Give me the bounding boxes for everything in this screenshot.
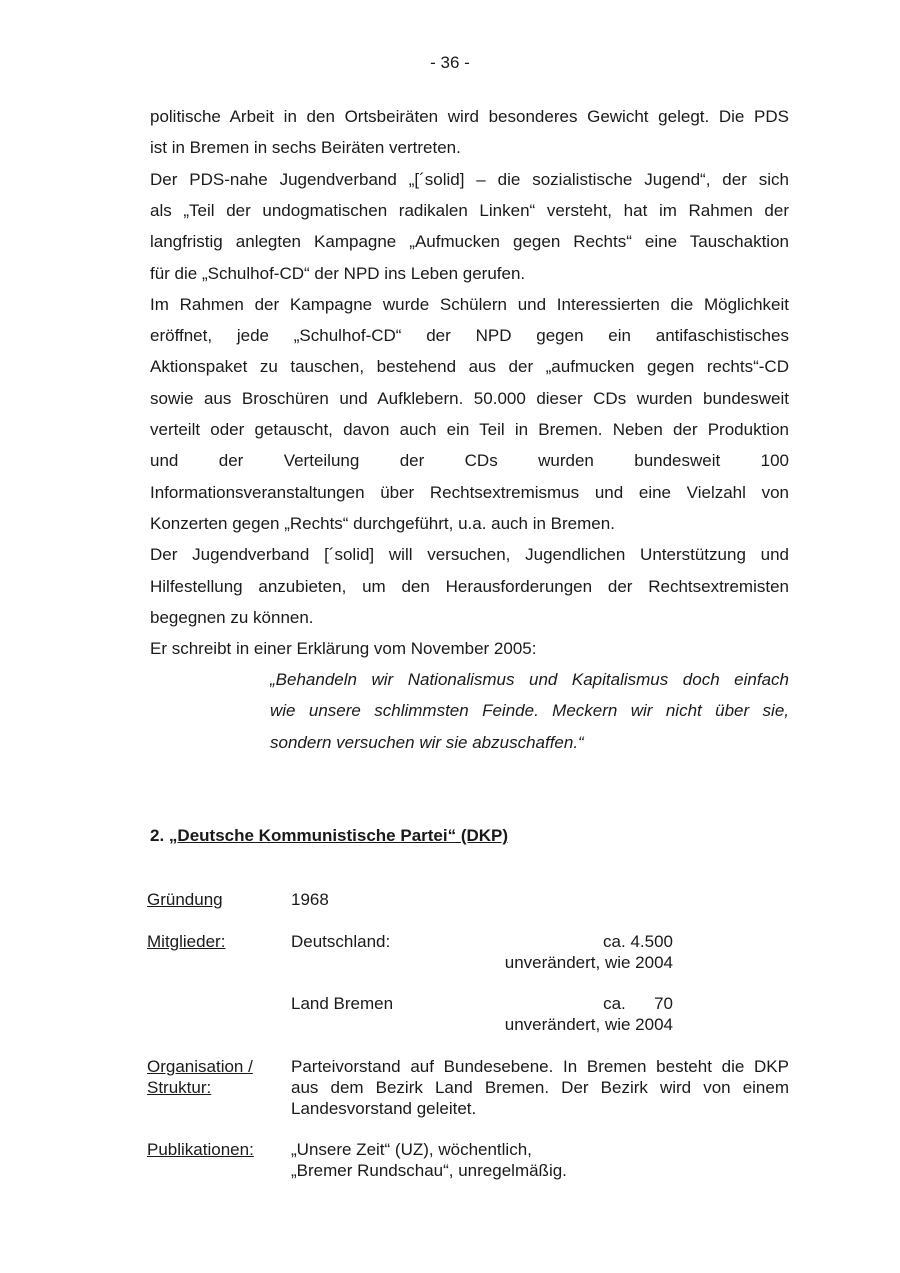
text-line: Konzerten gegen „Rechts“ durchgeführt, u… — [150, 513, 789, 535]
text-line: eröffnet, jede „Schulhof-CD“ der NPD geg… — [150, 325, 789, 347]
text-line: verteilt oder getauscht, davon auch ein … — [150, 419, 789, 441]
text-line: langfristig anlegten Kampagne „Aufmucken… — [150, 231, 789, 253]
quote-line: „Behandeln wir Nationalismus und Kapital… — [270, 669, 789, 691]
section-title: „Deutsche Kommunistische Partei“ (DKP) — [169, 826, 508, 845]
members-region-germany: Deutschland: — [291, 931, 390, 952]
text-line: sowie aus Broschüren und Aufklebern. 50.… — [150, 388, 789, 410]
structure-label: Struktur: — [147, 1077, 211, 1098]
text-line: Er schreibt in einer Erklärung vom Novem… — [150, 638, 789, 660]
text-line: für die „Schulhof-CD“ der NPD ins Leben … — [150, 263, 789, 285]
text-line: als „Teil der undogmatischen radikalen L… — [150, 200, 789, 222]
members-region-bremen: Land Bremen — [291, 993, 393, 1014]
members-note-germany: unverändert, wie 2004 — [505, 952, 673, 973]
publication-1: „Unsere Zeit“ (UZ), wöchentlich, — [291, 1139, 532, 1160]
members-label: Mitglieder: — [147, 931, 225, 952]
text-line: Im Rahmen der Kampagne wurde Schülern un… — [150, 294, 789, 316]
publication-2: „Bremer Rundschau“, unregelmäßig. — [291, 1160, 567, 1181]
text-line: Informationsveranstaltungen über Rechtse… — [150, 482, 789, 504]
text-line: und der Verteilung der CDs wurden bundes… — [150, 450, 789, 472]
text-line: begegnen zu können. — [150, 607, 789, 629]
members-note-bremen: unverändert, wie 2004 — [505, 1014, 673, 1035]
text-line: Der PDS-nahe Jugendverband „[´solid] – d… — [150, 169, 789, 191]
organisation-line: aus dem Bezirk Land Bremen. Der Bezirk w… — [291, 1077, 789, 1098]
organisation-text: Parteivorstand auf Bundesebene. In Breme… — [291, 1056, 789, 1119]
members-count-germany: ca. 4.500 — [603, 931, 673, 952]
organisation-line: Landesvorstand geleitet. — [291, 1098, 789, 1119]
text-line: Hilfestellung anzubieten, um den Herausf… — [150, 576, 789, 598]
founding-label: Gründung — [147, 889, 223, 910]
organisation-label: Organisation / — [147, 1056, 253, 1077]
text-line: politische Arbeit in den Ortsbeiräten wi… — [150, 106, 789, 128]
quote-line: sondern versuchen wir sie abzuschaffen.“ — [270, 732, 789, 754]
page-number: - 36 - — [0, 53, 900, 73]
publications-label: Publikationen: — [147, 1139, 254, 1160]
text-line: ist in Bremen in sechs Beiräten vertrete… — [150, 137, 789, 159]
text-line: Der Jugendverband [´solid] will versuche… — [150, 544, 789, 566]
text-line: Aktionspaket zu tauschen, bestehend aus … — [150, 356, 789, 378]
quote-line: wie unsere schlimmsten Feinde. Meckern w… — [270, 700, 789, 722]
organisation-line: Parteivorstand auf Bundesebene. In Breme… — [291, 1056, 789, 1077]
members-count-bremen: ca. 70 — [603, 993, 673, 1014]
section-heading: 2. „Deutsche Kommunistische Partei“ (DKP… — [150, 826, 508, 846]
founding-value: 1968 — [291, 889, 329, 910]
section-number: 2. — [150, 826, 164, 845]
